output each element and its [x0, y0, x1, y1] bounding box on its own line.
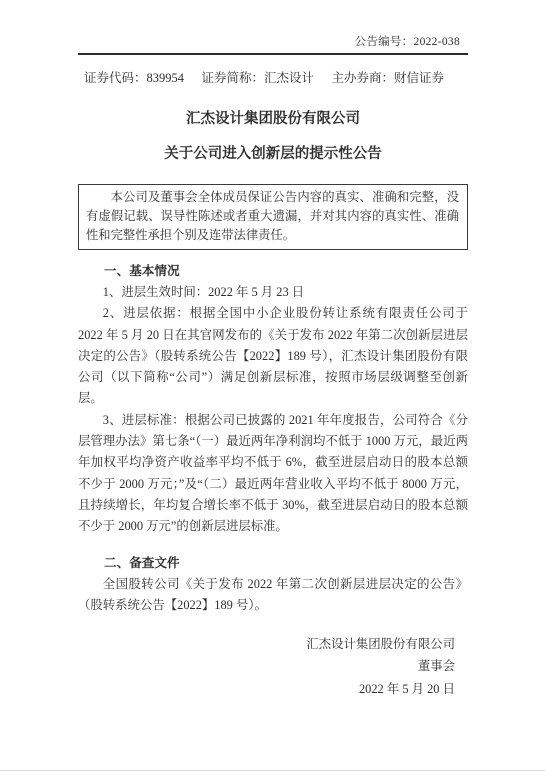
- section-heading-reference-documents: 二、备查文件: [78, 553, 468, 574]
- announcement-number: 公告编号：2022-038: [78, 34, 468, 50]
- paragraph-effective-date: 1、进层生效时间：2022 年 5 月 23 日: [78, 282, 468, 303]
- sponsor-broker: 主办券商：财信证券: [331, 70, 444, 87]
- announcement-page: 公告编号：2022-038 证券代码：839954 证券简称：汇杰设计 主办券商…: [0, 0, 545, 771]
- signature-block: 汇杰设计集团股份有限公司 董事会 2022 年 5 月 20 日: [78, 633, 468, 700]
- signature-board: 董事会: [78, 655, 455, 677]
- paragraph-reference-document: 全国股转公司《关于发布 2022 年第二次创新层进层决定的公告》（股转系统公告【…: [78, 574, 468, 617]
- securities-header-row: 证券代码：839954 证券简称：汇杰设计 主办券商：财信证券: [78, 70, 468, 87]
- section-basic-info: 一、基本情况 1、进层生效时间：2022 年 5 月 23 日 2、进层依据：根…: [78, 261, 468, 538]
- section-reference-documents: 二、备查文件 全国股转公司《关于发布 2022 年第二次创新层进层决定的公告》（…: [78, 553, 468, 617]
- company-title: 汇杰设计集团股份有限公司: [78, 110, 468, 129]
- announcement-subject: 关于公司进入创新层的提示性公告: [78, 145, 468, 164]
- paragraph-tier-basis: 2、进层依据：根据全国中小企业股份转让系统有限责任公司于 2022 年 5 月 …: [78, 303, 468, 409]
- board-disclaimer-box: 本公司及董事会全体成员保证公告内容的真实、准确和完整，没有虚假记载、误导性陈述或…: [78, 184, 468, 250]
- header-divider: [78, 53, 468, 55]
- paragraph-tier-criteria: 3、进层标准：根据公司已披露的 2021 年年度报告，公司符合《分层管理办法》第…: [78, 410, 468, 538]
- signature-date: 2022 年 5 月 20 日: [78, 678, 455, 700]
- section-heading-basic-info: 一、基本情况: [78, 261, 468, 282]
- stock-short-name: 证券简称：汇杰设计: [201, 70, 314, 87]
- stock-code: 证券代码：839954: [84, 70, 184, 87]
- signature-company: 汇杰设计集团股份有限公司: [78, 633, 455, 655]
